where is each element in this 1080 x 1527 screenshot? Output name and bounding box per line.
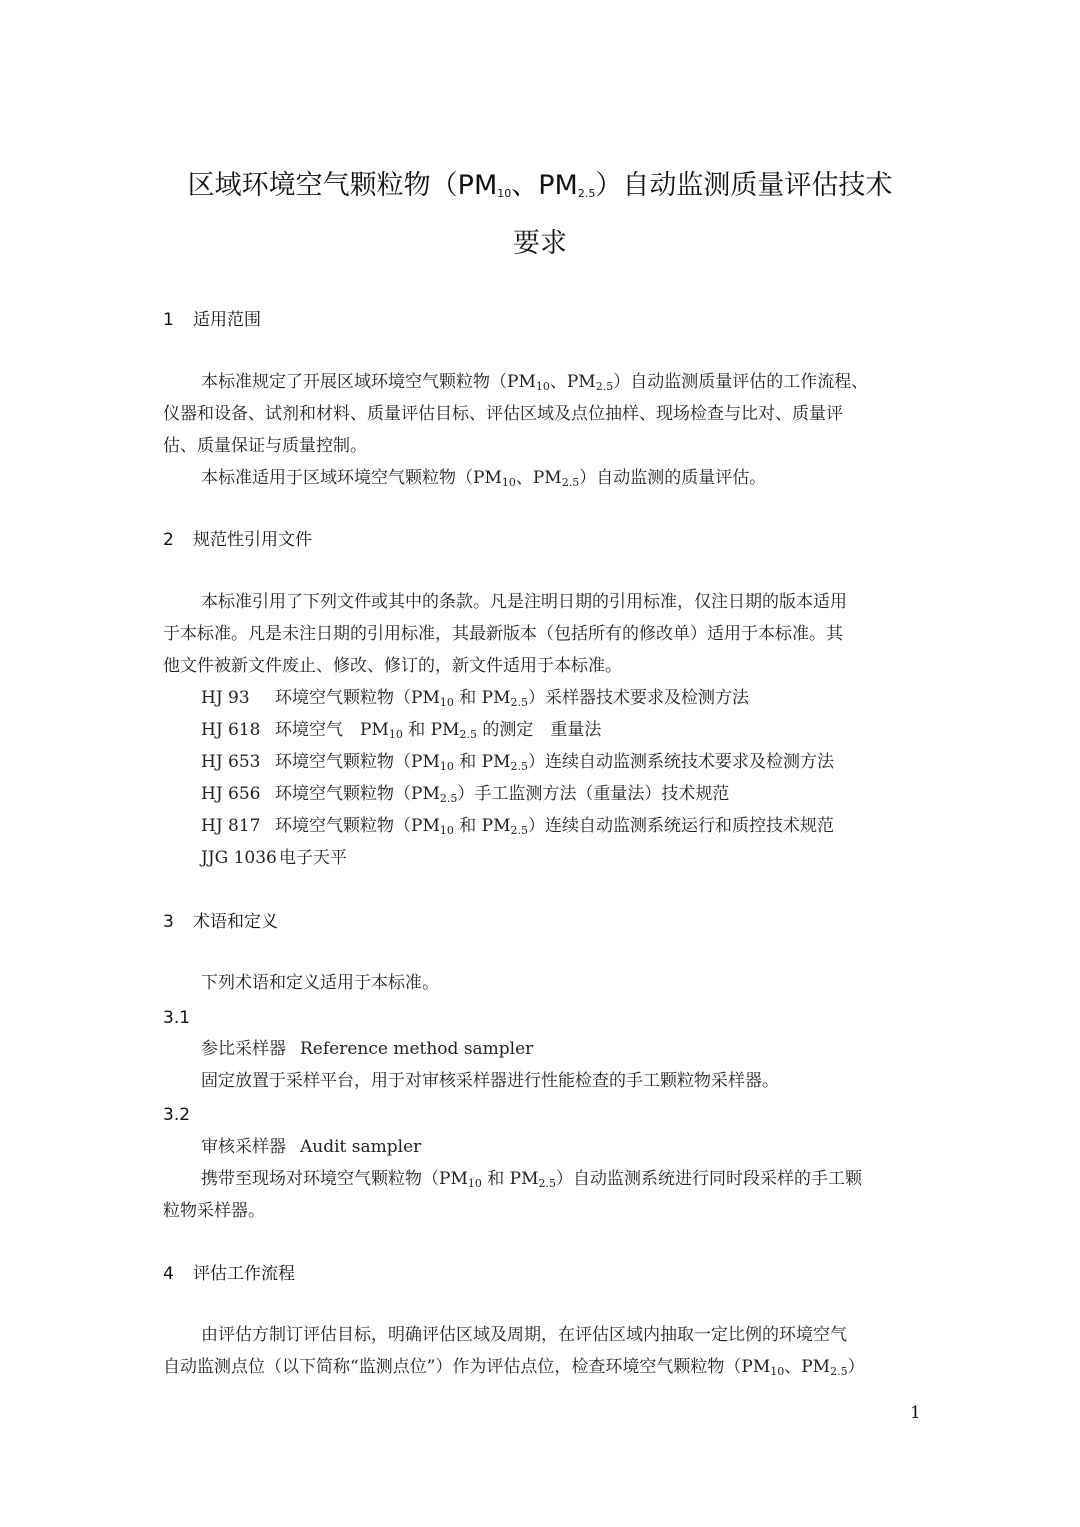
document-title-line1: 区域环境空气颗粒物（PM10、PM2.5）自动监测质量评估技术 <box>150 172 930 199</box>
subscript: 2.5 <box>460 728 478 741</box>
term-chinese: 参比采样器 <box>201 1039 286 1059</box>
section-heading-2: 2规范性引用文件 <box>163 532 312 549</box>
reference-code: HJ 653 <box>201 754 275 771</box>
paragraph-line: 他文件被新文件废止、修改、修订的，新文件适用于本标准。 <box>163 658 918 675</box>
subscript: 2.5 <box>511 696 529 709</box>
reference-item: HJ 656环境空气颗粒物（PM2.5）手工监测方法（重量法）技术规范 <box>201 786 956 804</box>
paragraph-line: 本标准适用于区域环境空气颗粒物（PM10、PM2.5）自动监测的质量评估。 <box>201 470 956 488</box>
term-english: Reference method sampler <box>300 1039 533 1059</box>
term-definition: 携带至现场对环境空气颗粒物（PM10 和 PM2.5）自动监测系统进行同时段采样… <box>201 1171 956 1189</box>
term-chinese: 审核采样器 <box>201 1137 286 1157</box>
text: 和 PM <box>454 816 511 836</box>
text: 环境空气颗粒物（PM <box>275 816 440 836</box>
term-title: 审核采样器Audit sampler <box>201 1139 956 1156</box>
text: ）自动监测的质量评估。 <box>579 468 766 488</box>
paragraph-line: 于本标准。凡是未注日期的引用标准，其最新版本（包括所有的修改单）适用于本标准。其 <box>163 626 918 643</box>
subscript: 2.5 <box>440 792 458 805</box>
subscript: 2.5 <box>511 760 529 773</box>
reference-item: JJG 1036电子天平 <box>201 850 956 867</box>
paragraph-line: 本标准规定了开展区域环境空气颗粒物（PM10、PM2.5）自动监测质量评估的工作… <box>201 374 956 392</box>
subscript: 2.5 <box>596 380 614 393</box>
text: ）采样器技术要求及检测方法 <box>528 688 749 708</box>
text: 本标准规定了开展区域环境空气颗粒物（PM <box>201 372 536 392</box>
document-title-line2: 要求 <box>150 230 930 257</box>
subscript: 2.5 <box>511 824 529 837</box>
text: 本标准适用于区域环境空气颗粒物（PM <box>201 468 502 488</box>
text: ）自动监测质量评估的工作流程、 <box>613 372 868 392</box>
text: 电子天平 <box>279 848 347 868</box>
paragraph-line: 估、质量保证与质量控制。 <box>163 438 918 455</box>
section-heading-3: 3术语和定义 <box>163 914 278 931</box>
reference-code: HJ 618 <box>201 722 275 739</box>
term-number: 3.1 <box>163 1010 190 1027</box>
reference-item: HJ 93环境空气颗粒物（PM10 和 PM2.5）采样器技术要求及检测方法 <box>201 690 956 708</box>
reference-code: HJ 817 <box>201 818 275 835</box>
text: 和 PM <box>482 1169 539 1189</box>
title-subscript: 10 <box>497 187 511 200</box>
reference-code: JJG 1036 <box>201 850 279 867</box>
section-heading-4: 4评估工作流程 <box>163 1266 295 1283</box>
subscript: 10 <box>440 760 454 773</box>
title-text: ）自动监测质量评估技术 <box>595 170 892 201</box>
subscript: 2.5 <box>539 1177 557 1190</box>
section-number: 4 <box>163 1266 193 1283</box>
text: ）连续自动监测系统运行和质控技术规范 <box>528 816 834 836</box>
reference-item: HJ 653环境空气颗粒物（PM10 和 PM2.5）连续自动监测系统技术要求及… <box>201 754 956 772</box>
reference-item: HJ 817环境空气颗粒物（PM10 和 PM2.5）连续自动监测系统运行和质控… <box>201 818 956 836</box>
subscript: 10 <box>468 1177 482 1190</box>
subscript: 10 <box>389 728 403 741</box>
subscript: 10 <box>440 696 454 709</box>
text: 环境空气颗粒物（PM <box>275 688 440 708</box>
text: 环境空气 PM <box>275 720 389 740</box>
paragraph-line: 由评估方制订评估目标，明确评估区域及周期，在评估区域内抽取一定比例的环境空气 <box>201 1327 956 1344</box>
title-text: 、PM <box>511 170 578 201</box>
text: ） <box>848 1357 865 1377</box>
reference-code: HJ 93 <box>201 690 275 707</box>
subscript: 2.5 <box>830 1365 848 1378</box>
term-definition: 粒物采样器。 <box>163 1203 918 1220</box>
section-title: 适用范围 <box>193 310 261 330</box>
reference-item: HJ 618环境空气 PM10 和 PM2.5 的测定 重量法 <box>201 722 956 740</box>
page-number: 1 <box>910 1403 921 1423</box>
text: 和 PM <box>454 688 511 708</box>
text: 自动监测点位（以下简称“监测点位”）作为评估点位，检查环境空气颗粒物（PM <box>163 1357 770 1377</box>
section-number: 2 <box>163 532 193 549</box>
section-number: 1 <box>163 312 193 329</box>
text: 的测定 重量法 <box>477 720 601 740</box>
title-text: 区域环境空气颗粒物（PM <box>188 170 498 201</box>
term-title: 参比采样器Reference method sampler <box>201 1041 956 1058</box>
text: 和 PM <box>403 720 460 740</box>
subscript: 10 <box>536 380 550 393</box>
subscript: 2.5 <box>562 476 580 489</box>
text: 携带至现场对环境空气颗粒物（PM <box>201 1169 468 1189</box>
text: 环境空气颗粒物（PM <box>275 752 440 772</box>
text: ）连续自动监测系统技术要求及检测方法 <box>528 752 834 772</box>
paragraph-line: 仪器和设备、试剂和材料、质量评估目标、评估区域及点位抽样、现场检查与比对、质量评 <box>163 406 918 423</box>
section-title: 术语和定义 <box>193 912 278 932</box>
subscript: 10 <box>440 824 454 837</box>
subscript: 10 <box>770 1365 784 1378</box>
section-title: 规范性引用文件 <box>193 530 312 550</box>
term-number: 3.2 <box>163 1107 190 1124</box>
paragraph-line: 本标准引用了下列文件或其中的条款。凡是注明日期的引用标准，仅注日期的版本适用 <box>201 594 956 611</box>
paragraph-line: 自动监测点位（以下简称“监测点位”）作为评估点位，检查环境空气颗粒物（PM10、… <box>163 1359 918 1377</box>
text: ）自动监测系统进行同时段采样的手工颗 <box>556 1169 862 1189</box>
text: 、PM <box>516 468 562 488</box>
paragraph-line: 下列术语和定义适用于本标准。 <box>201 975 956 992</box>
section-title: 评估工作流程 <box>193 1264 295 1284</box>
subscript: 10 <box>502 476 516 489</box>
term-definition: 固定放置于采样平台，用于对审核采样器进行性能检查的手工颗粒物采样器。 <box>201 1073 956 1090</box>
text: 和 PM <box>454 752 511 772</box>
document-page: 区域环境空气颗粒物（PM10、PM2.5）自动监测质量评估技术 要求 1适用范围… <box>0 0 1080 1527</box>
section-number: 3 <box>163 914 193 931</box>
text: 、PM <box>550 372 596 392</box>
section-heading-1: 1适用范围 <box>163 312 261 329</box>
text: ）手工监测方法（重量法）技术规范 <box>457 784 729 804</box>
title-subscript: 2.5 <box>578 187 596 200</box>
text: 环境空气颗粒物（PM <box>275 784 440 804</box>
text: 、PM <box>784 1357 830 1377</box>
reference-code: HJ 656 <box>201 786 275 803</box>
term-english: Audit sampler <box>300 1137 421 1157</box>
